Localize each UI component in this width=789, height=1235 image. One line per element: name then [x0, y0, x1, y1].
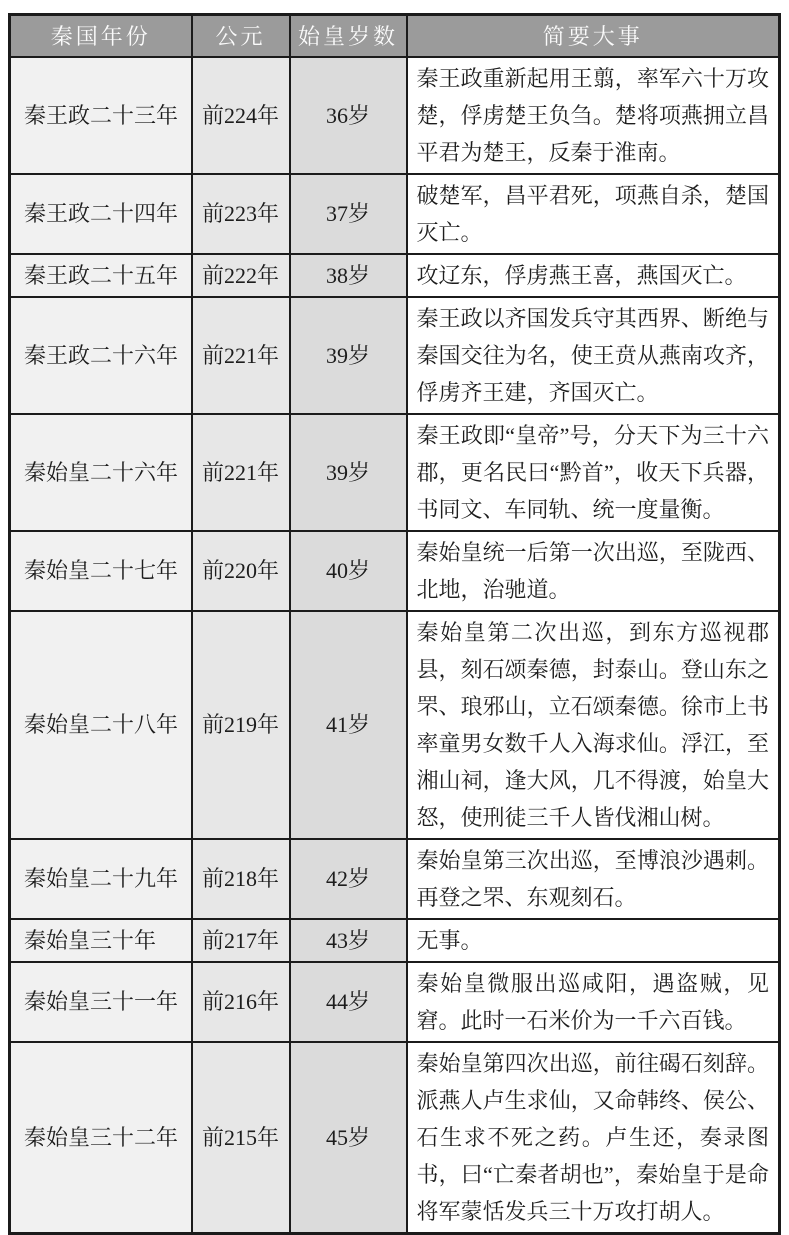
cell-qin-year: 秦始皇三十二年	[10, 1042, 192, 1234]
cell-event: 无事。	[407, 919, 780, 962]
cell-ce-year: 前224年	[192, 57, 290, 174]
cell-qin-year: 秦始皇二十七年	[10, 531, 192, 611]
cell-ce-year: 前221年	[192, 297, 290, 414]
cell-qin-year: 秦王政二十五年	[10, 254, 192, 297]
cell-age: 43岁	[290, 919, 407, 962]
cell-age: 44岁	[290, 962, 407, 1042]
col-header-ce-year: 公元	[192, 15, 290, 57]
cell-age: 37岁	[290, 174, 407, 254]
cell-qin-year: 秦始皇二十六年	[10, 414, 192, 531]
col-header-emperor-age: 始皇岁数	[290, 15, 407, 57]
cell-age: 36岁	[290, 57, 407, 174]
table-row: 秦始皇三十一年 前216年 44岁 秦始皇微服出巡咸阳，遇盗贼，见窘。此时一石米…	[10, 962, 780, 1042]
cell-event: 秦王政即“皇帝”号，分天下为三十六郡，更名民曰“黔首”，收天下兵器，书同文、车同…	[407, 414, 780, 531]
cell-ce-year: 前219年	[192, 611, 290, 839]
cell-ce-year: 前215年	[192, 1042, 290, 1234]
document-page: 秦国年份 公元 始皇岁数 简要大事 秦王政二十三年 前224年 36岁 秦王政重…	[0, 0, 789, 1226]
cell-event: 秦始皇第二次出巡，到东方巡视郡县，刻石颂秦德，封泰山。登山东之罘、琅邪山，立石颂…	[407, 611, 780, 839]
cell-event: 秦始皇统一后第一次出巡，至陇西、北地，治驰道。	[407, 531, 780, 611]
cell-ce-year: 前221年	[192, 414, 290, 531]
cell-qin-year: 秦始皇二十八年	[10, 611, 192, 839]
cell-event: 破楚军，昌平君死，项燕自杀，楚国灭亡。	[407, 174, 780, 254]
cell-event: 秦始皇第四次出巡，前往碣石刻辞。派燕人卢生求仙，又命韩终、侯公、石生求不死之药。…	[407, 1042, 780, 1234]
table-row: 秦王政二十六年 前221年 39岁 秦王政以齐国发兵守其西界、断绝与秦国交往为名…	[10, 297, 780, 414]
cell-qin-year: 秦始皇三十年	[10, 919, 192, 962]
cell-ce-year: 前220年	[192, 531, 290, 611]
cell-event: 秦始皇微服出巡咸阳，遇盗贼，见窘。此时一石米价为一千六百钱。	[407, 962, 780, 1042]
cell-age: 39岁	[290, 414, 407, 531]
header-row: 秦国年份 公元 始皇岁数 简要大事	[10, 15, 780, 57]
table-row: 秦始皇二十七年 前220年 40岁 秦始皇统一后第一次出巡，至陇西、北地，治驰道…	[10, 531, 780, 611]
table-row: 秦王政二十四年 前223年 37岁 破楚军，昌平君死，项燕自杀，楚国灭亡。	[10, 174, 780, 254]
cell-qin-year: 秦王政二十六年	[10, 297, 192, 414]
col-header-major-events: 简要大事	[407, 15, 780, 57]
cell-qin-year: 秦始皇二十九年	[10, 839, 192, 919]
cell-ce-year: 前216年	[192, 962, 290, 1042]
cell-age: 45岁	[290, 1042, 407, 1234]
cell-qin-year: 秦王政二十四年	[10, 174, 192, 254]
cell-age: 41岁	[290, 611, 407, 839]
cell-age: 39岁	[290, 297, 407, 414]
cell-qin-year: 秦始皇三十一年	[10, 962, 192, 1042]
table-row: 秦始皇二十八年 前219年 41岁 秦始皇第二次出巡，到东方巡视郡县，刻石颂秦德…	[10, 611, 780, 839]
col-header-qin-year: 秦国年份	[10, 15, 192, 57]
cell-age: 40岁	[290, 531, 407, 611]
cell-age: 42岁	[290, 839, 407, 919]
table-row: 秦始皇三十年 前217年 43岁 无事。	[10, 919, 780, 962]
cell-event: 攻辽东，俘虏燕王喜，燕国灭亡。	[407, 254, 780, 297]
cell-event: 秦王政以齐国发兵守其西界、断绝与秦国交往为名，使王贲从燕南攻齐，俘虏齐王建，齐国…	[407, 297, 780, 414]
cell-event: 秦始皇第三次出巡，至博浪沙遇刺。再登之罘、东观刻石。	[407, 839, 780, 919]
cell-ce-year: 前217年	[192, 919, 290, 962]
qin-shihuang-timeline-table: 秦国年份 公元 始皇岁数 简要大事 秦王政二十三年 前224年 36岁 秦王政重…	[8, 13, 781, 1235]
table-row: 秦始皇二十六年 前221年 39岁 秦王政即“皇帝”号，分天下为三十六郡，更名民…	[10, 414, 780, 531]
cell-age: 38岁	[290, 254, 407, 297]
table-row: 秦王政二十三年 前224年 36岁 秦王政重新起用王翦，率军六十万攻楚，俘虏楚王…	[10, 57, 780, 174]
table-row: 秦始皇三十二年 前215年 45岁 秦始皇第四次出巡，前往碣石刻辞。派燕人卢生求…	[10, 1042, 780, 1234]
table-row: 秦王政二十五年 前222年 38岁 攻辽东，俘虏燕王喜，燕国灭亡。	[10, 254, 780, 297]
cell-ce-year: 前223年	[192, 174, 290, 254]
table-row: 秦始皇二十九年 前218年 42岁 秦始皇第三次出巡，至博浪沙遇刺。再登之罘、东…	[10, 839, 780, 919]
cell-ce-year: 前222年	[192, 254, 290, 297]
cell-qin-year: 秦王政二十三年	[10, 57, 192, 174]
cell-event: 秦王政重新起用王翦，率军六十万攻楚，俘虏楚王负刍。楚将项燕拥立昌平君为楚王，反秦…	[407, 57, 780, 174]
cell-ce-year: 前218年	[192, 839, 290, 919]
